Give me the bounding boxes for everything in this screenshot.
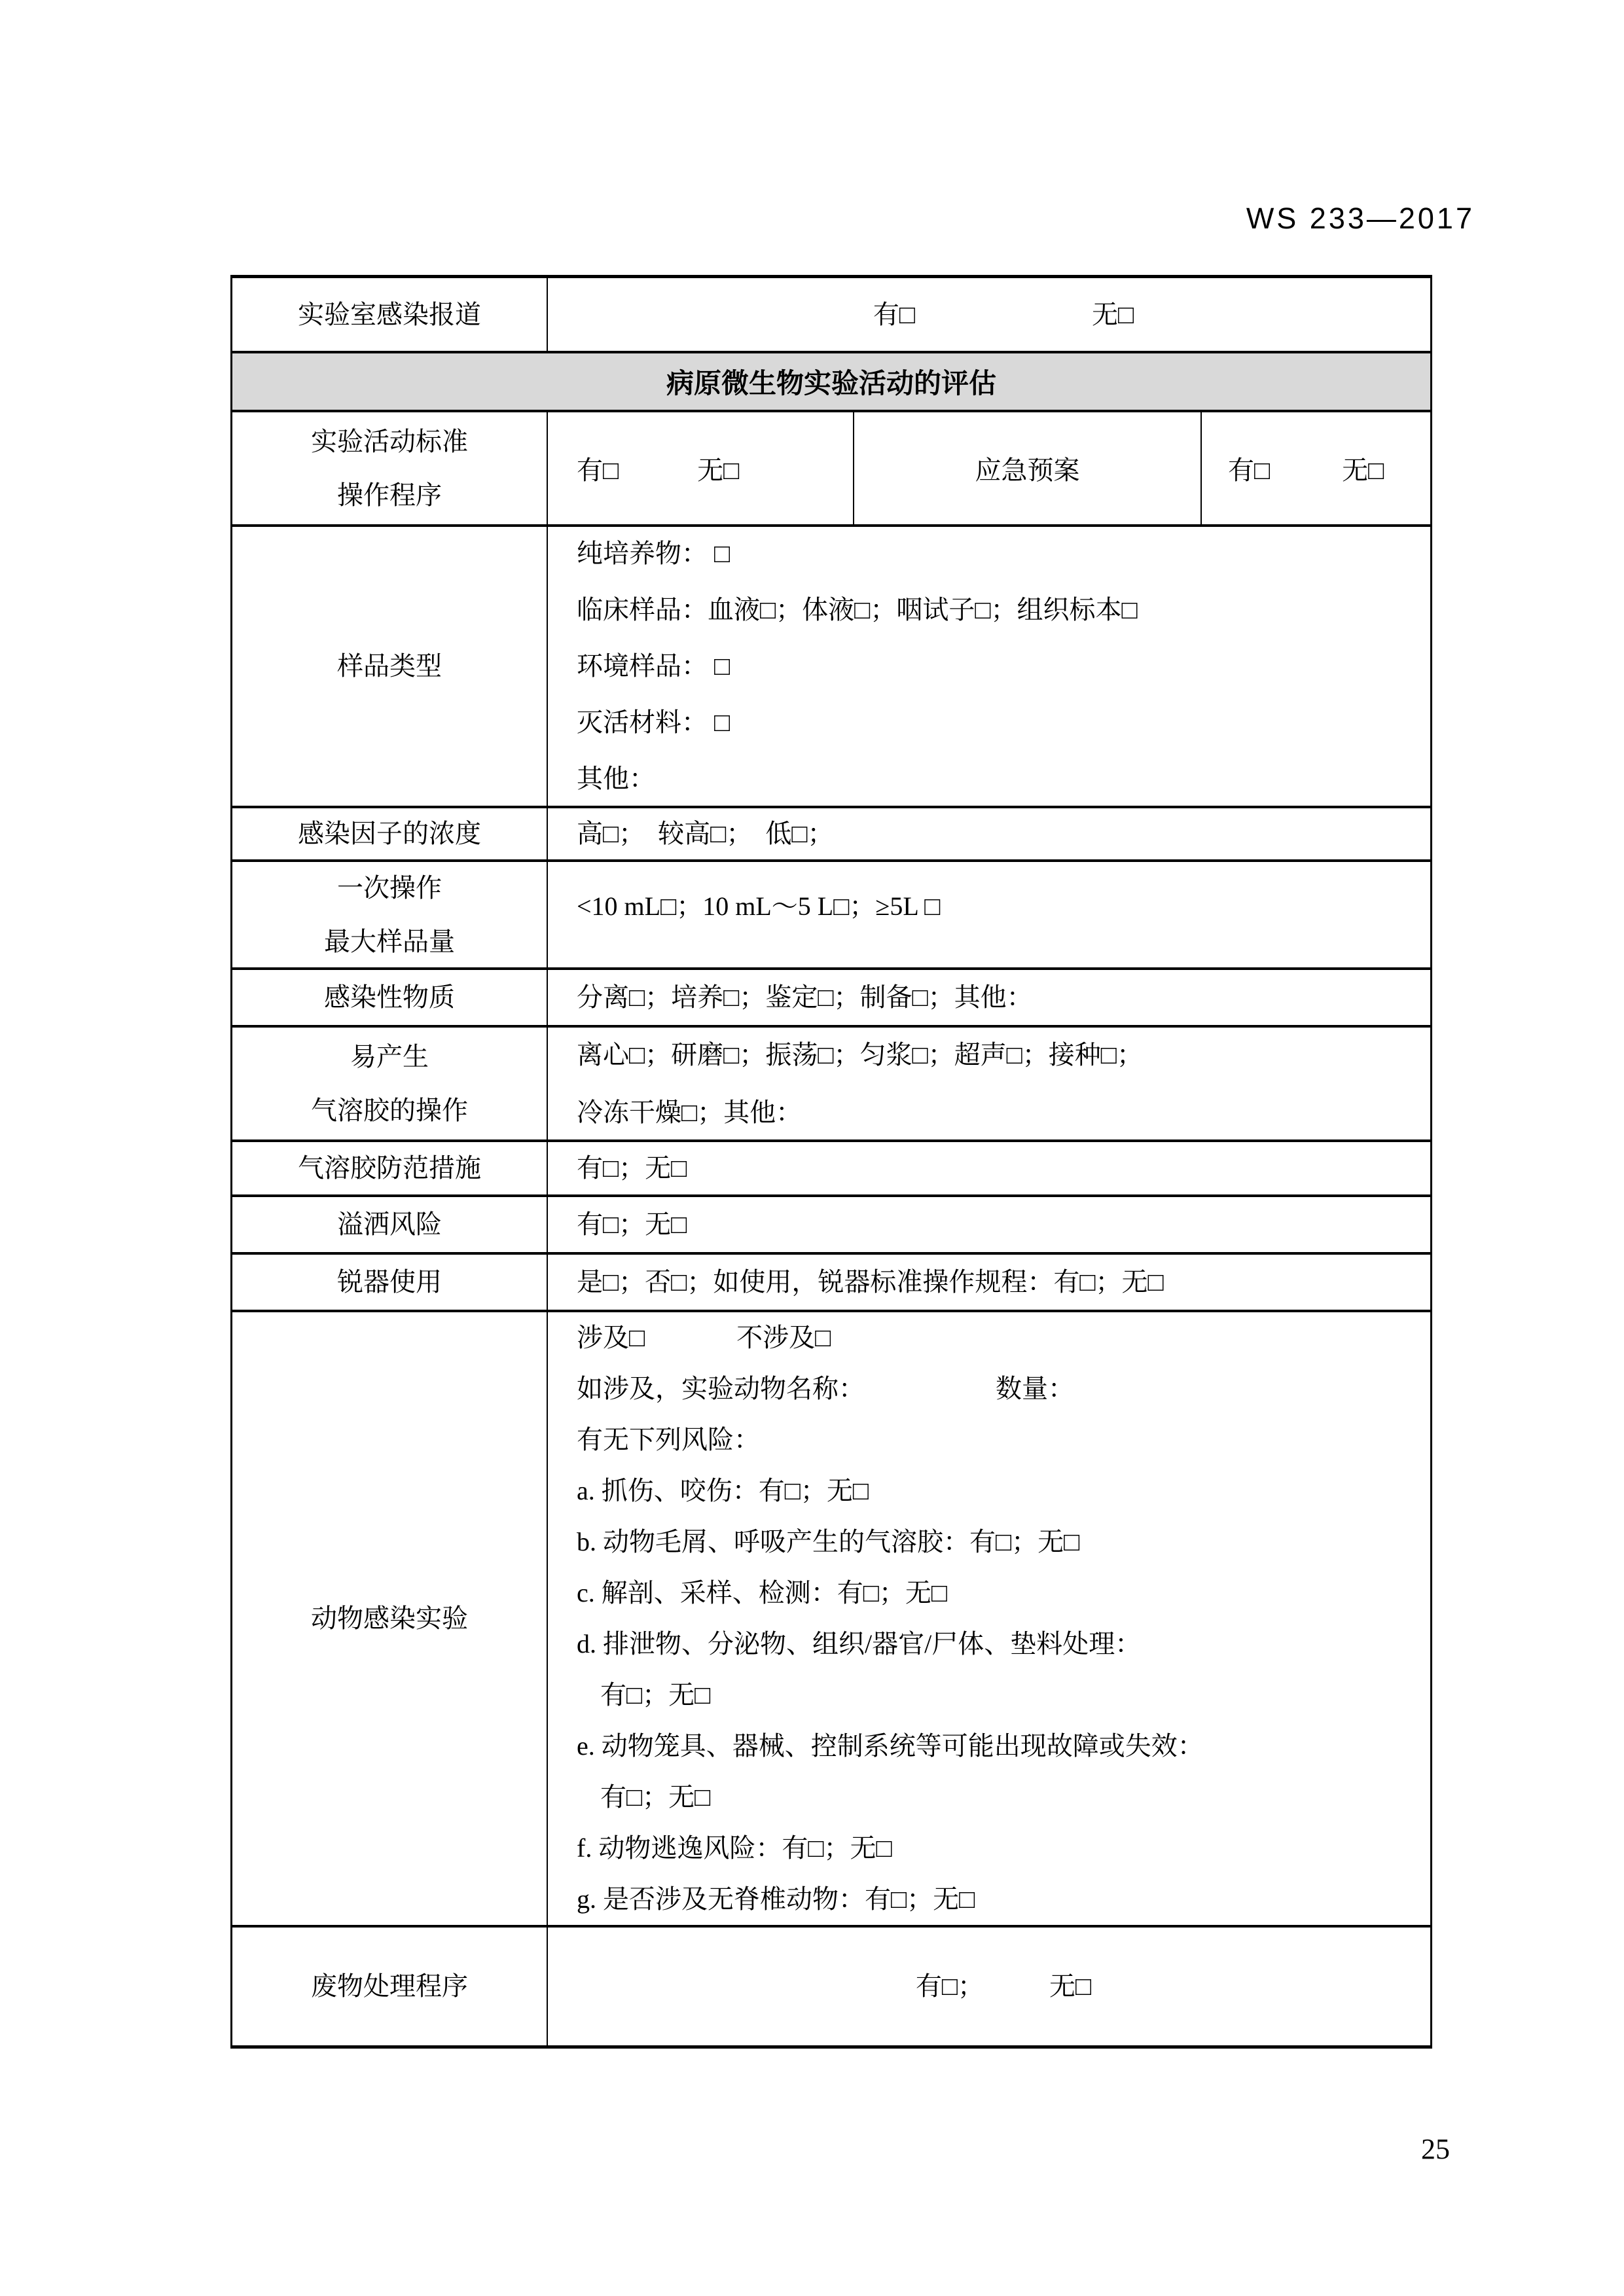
animal-risk-item-options: 有□；无□ [577, 1670, 1430, 1721]
row-label: 实验室感染报道 [232, 278, 548, 351]
row-label-line2: 操作程序 [337, 469, 442, 522]
table-row: 废物处理程序 有□； 无□ [232, 1928, 1430, 2045]
checkbox-option-yes: 有□ [577, 450, 619, 487]
page-number: 25 [1421, 2132, 1450, 2166]
animal-risk-item: b. 动物毛屑、呼吸产生的气溶胶：有□；无□ [577, 1516, 1430, 1568]
table-row: 动物感染实验 涉及□ 不涉及□ 如涉及，实验动物名称： 数量： 有无下列风险： … [232, 1312, 1430, 1928]
table-row: 感染因子的浓度 高□； 较高□； 低□； [232, 808, 1430, 862]
row-content: 有□； 无□ [548, 1928, 1430, 2045]
row-content: 涉及□ 不涉及□ 如涉及，实验动物名称： 数量： 有无下列风险： a. 抓伤、咬… [548, 1312, 1430, 1925]
row-content: <10 mL□；10 mL～5 L□；≥5L □ [548, 862, 1430, 967]
row-label-line2: 最大样品量 [324, 915, 455, 969]
row-content: 高□； 较高□； 低□； [548, 808, 1430, 859]
animal-risk-item: a. 抓伤、咬伤：有□；无□ [577, 1465, 1430, 1516]
checkbox-option-yes: 有□； [916, 1959, 984, 2014]
animal-risk-item: d. 排泄物、分泌物、组织/器官/尸体、垫料处理： [577, 1619, 1430, 1670]
assessment-table: 实验室感染报道 有□ 无□ 病原微生物实验活动的评估 实验活动标准 操作程序 有… [230, 275, 1432, 2049]
checkbox-option-no: 无□ [1092, 287, 1134, 342]
row-label: 废物处理程序 [232, 1928, 548, 2045]
volume-options: <10 mL□；10 mL～5 L□；≥5L □ [577, 879, 1430, 934]
row-content: 是□；否□；如使用，锐器标准操作规程：有□；无□ [548, 1255, 1430, 1310]
checkbox-option-yes: 有□ [1228, 450, 1270, 487]
table-row: 感染性物质 分离□；培养□；鉴定□；制备□；其他： [232, 970, 1430, 1028]
animal-risk-item: f. 动物逃逸风险：有□；无□ [577, 1823, 1430, 1874]
row-label-line1: 实验活动标准 [311, 415, 468, 469]
emergency-plan-label: 应急预案 [854, 412, 1202, 524]
row-label: 感染性物质 [232, 970, 548, 1025]
sample-type-line: 环境样品： □ [577, 638, 1430, 694]
row-label: 锐器使用 [232, 1255, 548, 1310]
row-label: 溢洒风险 [232, 1197, 548, 1252]
sample-type-line: 灭活材料： □ [577, 694, 1430, 751]
table-row: 气溶胶防范措施 有□；无□ [232, 1142, 1430, 1197]
sop-options-cell: 有□ 无□ [548, 412, 854, 524]
animal-quantity-label: 数量： [996, 1363, 1074, 1414]
row-content: 离心□；研磨□；振荡□；匀浆□；超声□；接种□； 冷冻干燥□；其他： [548, 1028, 1430, 1139]
row-label-line2: 气溶胶的操作 [311, 1084, 468, 1138]
section-header-row: 病原微生物实验活动的评估 [232, 353, 1430, 412]
table-row: 实验活动标准 操作程序 有□ 无□ 应急预案 有□ 无□ [232, 412, 1430, 527]
row-label-line1: 易产生 [350, 1030, 429, 1084]
animal-involve-line: 涉及□ 不涉及□ [577, 1312, 1430, 1363]
checkbox-option-yes: 有□ [873, 287, 915, 342]
section-title: 病原微生物实验活动的评估 [232, 353, 1430, 410]
animal-risk-item-options: 有□；无□ [577, 1772, 1430, 1823]
row-label: 感染因子的浓度 [232, 808, 548, 859]
table-row: 实验室感染报道 有□ 无□ [232, 278, 1430, 353]
row-label: 气溶胶防范措施 [232, 1142, 548, 1194]
animal-risk-item: g. 是否涉及无脊椎动物：有□；无□ [577, 1874, 1430, 1925]
standard-code: WS 233—2017 [1246, 202, 1475, 236]
animal-risk-header: 有无下列风险： [577, 1414, 1430, 1465]
animal-risk-item: c. 解剖、采样、检测：有□；无□ [577, 1568, 1430, 1619]
animal-name-quantity-line: 如涉及，实验动物名称： 数量： [577, 1363, 1430, 1414]
checkbox-option-not-involve: 不涉及□ [736, 1312, 831, 1363]
row-label: 样品类型 [232, 527, 548, 806]
table-row: 样品类型 纯培养物： □ 临床样品：血液□；体液□；咽试子□；组织标本□ 环境样… [232, 527, 1430, 808]
table-row: 溢洒风险 有□；无□ [232, 1197, 1430, 1255]
sample-type-line: 纯培养物： □ [577, 526, 1430, 582]
row-content: 有□；无□ [548, 1142, 1430, 1194]
row-content: 有□ 无□ [548, 278, 1430, 351]
checkbox-option-involve: 涉及□ [577, 1312, 645, 1363]
sample-type-line: 其他： [577, 751, 1430, 807]
row-label: 实验活动标准 操作程序 [232, 412, 548, 524]
checkbox-option-no: 无□ [697, 450, 739, 487]
row-content: 有□；无□ [548, 1197, 1430, 1252]
row-label: 易产生 气溶胶的操作 [232, 1028, 548, 1139]
table-row: 锐器使用 是□；否□；如使用，锐器标准操作规程：有□；无□ [232, 1255, 1430, 1312]
aerosol-ops-line1: 离心□；研磨□；振荡□；匀浆□；超声□；接种□； [577, 1026, 1430, 1084]
table-row: 易产生 气溶胶的操作 离心□；研磨□；振荡□；匀浆□；超声□；接种□； 冷冻干燥… [232, 1028, 1430, 1142]
document-page: WS 233—2017 实验室感染报道 有□ 无□ 病原微生物实验活动的评估 实… [0, 0, 1624, 2296]
emergency-plan-options-cell: 有□ 无□ [1202, 412, 1430, 524]
animal-name-label: 如涉及，实验动物名称： [577, 1363, 865, 1414]
animal-risk-item: e. 动物笼具、器械、控制系统等可能出现故障或失效： [577, 1721, 1430, 1772]
row-label-line1: 一次操作 [337, 861, 442, 915]
row-content: 纯培养物： □ 临床样品：血液□；体液□；咽试子□；组织标本□ 环境样品： □ … [548, 527, 1430, 806]
sample-type-line: 临床样品：血液□；体液□；咽试子□；组织标本□ [577, 582, 1430, 638]
table-row: 一次操作 最大样品量 <10 mL□；10 mL～5 L□；≥5L □ [232, 862, 1430, 970]
aerosol-ops-line2: 冷冻干燥□；其他： [577, 1084, 1430, 1141]
row-label: 动物感染实验 [232, 1312, 548, 1925]
checkbox-option-no: 无□ [1049, 1959, 1091, 2014]
row-content: 分离□；培养□；鉴定□；制备□；其他： [548, 970, 1430, 1025]
row-label: 一次操作 最大样品量 [232, 862, 548, 967]
checkbox-option-no: 无□ [1342, 450, 1384, 487]
